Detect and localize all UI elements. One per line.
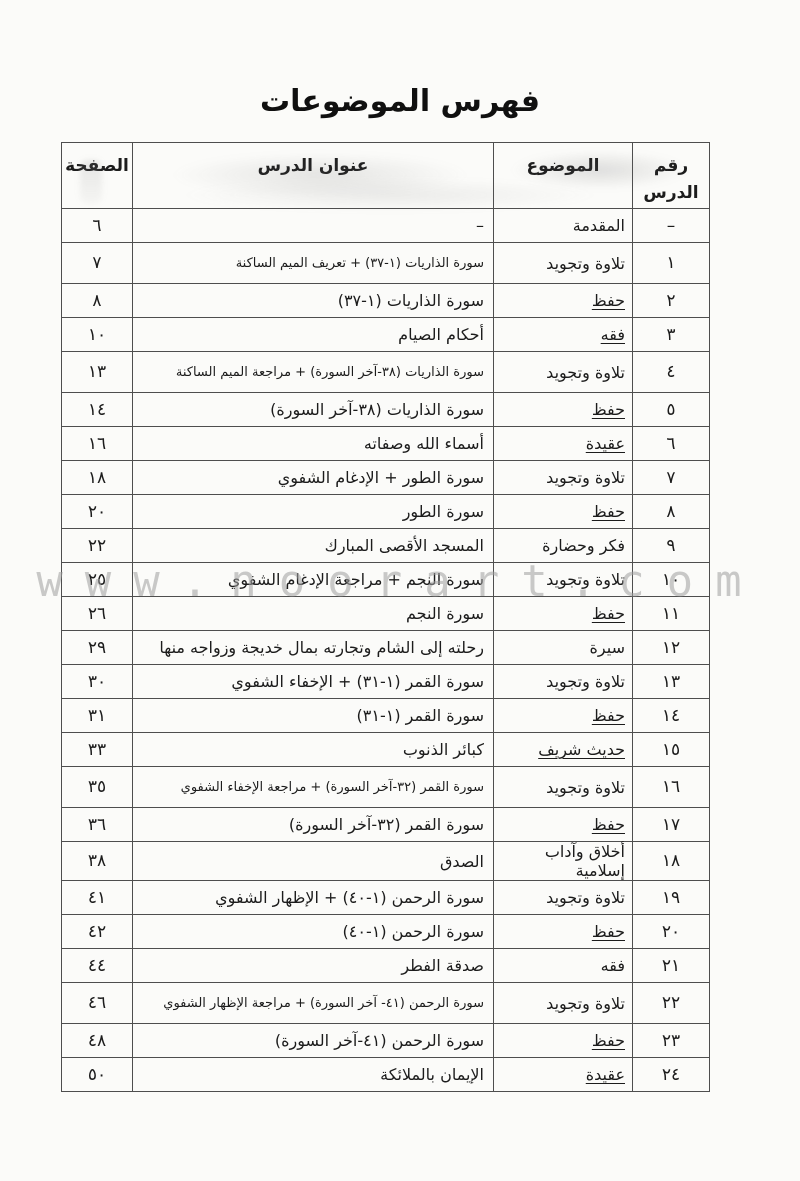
page-number-cell: ٣٦ [62, 808, 133, 842]
toc-table-body: –المقدمة–٦١تلاوة وتجويدسورة الذاريات (١-… [62, 209, 710, 1092]
table-row: ١٢سيرةرحلته إلى الشام وتجارته بمال خديجة… [62, 631, 710, 665]
page-number-cell: ٦ [62, 209, 133, 243]
toc-table-container: رقم الدرس الموضوع عنوان الدرس الصفحة –ال… [61, 142, 710, 1092]
table-row: ٢٣حفظسورة الرحمن (٤١-آخر السورة)٤٨ [62, 1024, 710, 1058]
topic-cell: حفظ [494, 284, 633, 318]
lesson-number-cell: ٣ [633, 318, 710, 352]
page-number-cell: ٨ [62, 284, 133, 318]
toc-table-header: رقم الدرس الموضوع عنوان الدرس الصفحة [62, 143, 710, 209]
header-topic: الموضوع [494, 143, 633, 209]
table-row: ١٣تلاوة وتجويدسورة القمر (١-٣١) + الإخفا… [62, 665, 710, 699]
page-number-cell: ١٦ [62, 427, 133, 461]
header-page: الصفحة [62, 143, 133, 209]
topic-cell: تلاوة وتجويد [494, 461, 633, 495]
topic-cell: المقدمة [494, 209, 633, 243]
topic-cell: سيرة [494, 631, 633, 665]
lesson-title-cell: سورة الطور [133, 495, 494, 529]
lesson-title-cell: سورة النجم [133, 597, 494, 631]
topic-cell: عقيدة [494, 427, 633, 461]
topic-label: تلاوة وتجويد [546, 570, 625, 589]
page-number-cell: ٤٨ [62, 1024, 133, 1058]
page-title: فهرس الموضوعات [0, 84, 800, 119]
lesson-title-cell: رحلته إلى الشام وتجارته بمال خديجة وزواج… [133, 631, 494, 665]
page-number-cell: ٧ [62, 243, 133, 284]
page-number-cell: ١٠ [62, 318, 133, 352]
topic-label: سيرة [590, 638, 625, 657]
topic-label: فقه [601, 956, 625, 975]
table-row: ١٠تلاوة وتجويدسورة النجم + مراجعة الإدغا… [62, 563, 710, 597]
topic-label: أخلاق وآداب إسلامية [545, 842, 625, 880]
table-row: ١٦تلاوة وتجويدسورة القمر (٣٢-آخر السورة)… [62, 767, 710, 808]
lesson-title-cell: الإيمان بالملائكة [133, 1058, 494, 1092]
page-number-cell: ٥٠ [62, 1058, 133, 1092]
topic-cell: تلاوة وتجويد [494, 352, 633, 393]
lesson-number-cell: ٧ [633, 461, 710, 495]
lesson-title-cell: أسماء الله وصفاته [133, 427, 494, 461]
topic-label: المقدمة [573, 216, 625, 235]
table-row: ١٧حفظسورة القمر (٣٢-آخر السورة)٣٦ [62, 808, 710, 842]
lesson-number-cell: ٢٣ [633, 1024, 710, 1058]
topic-label: حفظ [592, 291, 625, 310]
lesson-number-cell: ١٤ [633, 699, 710, 733]
topic-cell: حفظ [494, 1024, 633, 1058]
page-number-cell: ٢٠ [62, 495, 133, 529]
header-lesson-title: عنوان الدرس [133, 143, 494, 209]
lesson-number-cell: ٢١ [633, 949, 710, 983]
page-number-cell: ٢٢ [62, 529, 133, 563]
topic-cell: حفظ [494, 495, 633, 529]
topic-label: فقه [601, 325, 625, 344]
topic-label: حفظ [592, 1031, 625, 1050]
lesson-number-cell: ٨ [633, 495, 710, 529]
table-row: ٨حفظسورة الطور٢٠ [62, 495, 710, 529]
lesson-title-cell: سورة الذاريات (٣٨-آخر السورة) + مراجعة ا… [133, 352, 494, 393]
page-number-cell: ٤٢ [62, 915, 133, 949]
topic-label: حديث شريف [538, 740, 625, 759]
lesson-number-cell: ١٨ [633, 842, 710, 881]
topic-cell: تلاوة وتجويد [494, 665, 633, 699]
table-row: ١٥حديث شريفكبائر الذنوب٣٣ [62, 733, 710, 767]
page-number-cell: ٤١ [62, 881, 133, 915]
lesson-title-cell: سورة الذاريات (١-٣٧) [133, 284, 494, 318]
table-row: ٢١فقهصدقة الفطر٤٤ [62, 949, 710, 983]
topic-cell: فقه [494, 318, 633, 352]
topic-cell: عقيدة [494, 1058, 633, 1092]
topic-label: عقيدة [586, 434, 625, 453]
page-number-cell: ٣٨ [62, 842, 133, 881]
lesson-title-cell: أحكام الصيام [133, 318, 494, 352]
lesson-number-cell: ١٧ [633, 808, 710, 842]
page-number-cell: ١٤ [62, 393, 133, 427]
lesson-title-cell: كبائر الذنوب [133, 733, 494, 767]
topic-cell: حديث شريف [494, 733, 633, 767]
table-row: ١٩تلاوة وتجويدسورة الرحمن (١-٤٠) + الإظه… [62, 881, 710, 915]
lesson-number-cell: ٢٤ [633, 1058, 710, 1092]
page-number-cell: ٢٦ [62, 597, 133, 631]
topic-cell: تلاوة وتجويد [494, 243, 633, 284]
lesson-number-cell: ١٠ [633, 563, 710, 597]
scanned-toc-page: { "page": { "title": "فهرس الموضوعات", "… [0, 0, 800, 1181]
topic-cell: حفظ [494, 915, 633, 949]
lesson-title-cell: سورة القمر (١-٣١) [133, 699, 494, 733]
table-row: ٢حفظسورة الذاريات (١-٣٧)٨ [62, 284, 710, 318]
topic-label: حفظ [592, 502, 625, 521]
lesson-number-cell: ٥ [633, 393, 710, 427]
topic-cell: حفظ [494, 597, 633, 631]
topic-label: تلاوة وتجويد [546, 254, 625, 273]
table-row: ٧تلاوة وتجويدسورة الطور + الإدغام الشفوي… [62, 461, 710, 495]
table-row: ٤تلاوة وتجويدسورة الذاريات (٣٨-آخر السور… [62, 352, 710, 393]
topic-label: تلاوة وتجويد [546, 363, 625, 382]
page-number-cell: ٣٣ [62, 733, 133, 767]
topic-label: تلاوة وتجويد [546, 468, 625, 487]
topic-label: تلاوة وتجويد [546, 778, 625, 797]
table-row: ٦عقيدةأسماء الله وصفاته١٦ [62, 427, 710, 461]
lesson-title-cell: سورة الرحمن (١-٤٠) + الإظهار الشفوي [133, 881, 494, 915]
lesson-title-cell: – [133, 209, 494, 243]
topic-cell: تلاوة وتجويد [494, 881, 633, 915]
topic-cell: تلاوة وتجويد [494, 983, 633, 1024]
table-row: –المقدمة–٦ [62, 209, 710, 243]
lesson-number-cell: ٦ [633, 427, 710, 461]
topic-cell: تلاوة وتجويد [494, 767, 633, 808]
table-row: ١٨أخلاق وآداب إسلاميةالصدق٣٨ [62, 842, 710, 881]
topic-label: حفظ [592, 604, 625, 623]
lesson-number-cell: ١٦ [633, 767, 710, 808]
page-number-cell: ٢٩ [62, 631, 133, 665]
topic-cell: حفظ [494, 699, 633, 733]
lesson-title-cell: سورة النجم + مراجعة الإدغام الشفوي [133, 563, 494, 597]
topic-cell: أخلاق وآداب إسلامية [494, 842, 633, 881]
lesson-number-cell: ١ [633, 243, 710, 284]
lesson-title-cell: سورة القمر (٣٢-آخر السورة) [133, 808, 494, 842]
lesson-title-cell: سورة الذاريات (١-٣٧) + تعريف الميم الساك… [133, 243, 494, 284]
lesson-title-cell: سورة القمر (٣٢-آخر السورة) + مراجعة الإخ… [133, 767, 494, 808]
lesson-number-cell: ١٩ [633, 881, 710, 915]
topic-label: حفظ [592, 706, 625, 725]
page-number-cell: ٤٦ [62, 983, 133, 1024]
lesson-title-cell: سورة الذاريات (٣٨-آخر السورة) [133, 393, 494, 427]
lesson-number-cell: ٢٢ [633, 983, 710, 1024]
lesson-title-cell: سورة الرحمن (٤١- آخر السورة) + مراجعة ال… [133, 983, 494, 1024]
lesson-number-cell: ١٣ [633, 665, 710, 699]
lesson-title-cell: صدقة الفطر [133, 949, 494, 983]
topic-label: تلاوة وتجويد [546, 672, 625, 691]
lesson-number-cell: ١١ [633, 597, 710, 631]
table-row: ٩فكر وحضارةالمسجد الأقصى المبارك٢٢ [62, 529, 710, 563]
topic-label: تلاوة وتجويد [546, 888, 625, 907]
page-number-cell: ١٨ [62, 461, 133, 495]
lesson-title-cell: الصدق [133, 842, 494, 881]
page-number-cell: ٣١ [62, 699, 133, 733]
topic-label: حفظ [592, 815, 625, 834]
topic-label: حفظ [592, 922, 625, 941]
topic-cell: فكر وحضارة [494, 529, 633, 563]
table-row: ٢٠حفظسورة الرحمن (١-٤٠)٤٢ [62, 915, 710, 949]
lesson-number-cell: ٩ [633, 529, 710, 563]
lesson-title-cell: سورة الرحمن (١-٤٠) [133, 915, 494, 949]
topic-cell: حفظ [494, 393, 633, 427]
table-row: ٣فقهأحكام الصيام١٠ [62, 318, 710, 352]
topic-label: تلاوة وتجويد [546, 994, 625, 1013]
page-number-cell: ٣٥ [62, 767, 133, 808]
lesson-title-cell: سورة القمر (١-٣١) + الإخفاء الشفوي [133, 665, 494, 699]
topic-label: فكر وحضارة [542, 536, 625, 555]
table-row: ٢٢تلاوة وتجويدسورة الرحمن (٤١- آخر السور… [62, 983, 710, 1024]
lesson-title-cell: سورة الرحمن (٤١-آخر السورة) [133, 1024, 494, 1058]
topic-cell: حفظ [494, 808, 633, 842]
table-row: ١١حفظسورة النجم٢٦ [62, 597, 710, 631]
page-number-cell: ١٣ [62, 352, 133, 393]
lesson-number-cell: – [633, 209, 710, 243]
topic-label: عقيدة [586, 1065, 625, 1084]
page-number-cell: ٤٤ [62, 949, 133, 983]
table-row: ١٤حفظسورة القمر (١-٣١)٣١ [62, 699, 710, 733]
lesson-title-cell: المسجد الأقصى المبارك [133, 529, 494, 563]
topic-cell: تلاوة وتجويد [494, 563, 633, 597]
table-row: ١تلاوة وتجويدسورة الذاريات (١-٣٧) + تعري… [62, 243, 710, 284]
lesson-number-cell: ١٥ [633, 733, 710, 767]
lesson-number-cell: ٢ [633, 284, 710, 318]
page-number-cell: ٢٥ [62, 563, 133, 597]
topic-cell: فقه [494, 949, 633, 983]
table-row: ٥حفظسورة الذاريات (٣٨-آخر السورة)١٤ [62, 393, 710, 427]
header-lesson-number: رقم الدرس [633, 143, 710, 209]
table-row: ٢٤عقيدةالإيمان بالملائكة٥٠ [62, 1058, 710, 1092]
lesson-number-cell: ٢٠ [633, 915, 710, 949]
page-number-cell: ٣٠ [62, 665, 133, 699]
lesson-number-cell: ٤ [633, 352, 710, 393]
topic-label: حفظ [592, 400, 625, 419]
lesson-title-cell: سورة الطور + الإدغام الشفوي [133, 461, 494, 495]
lesson-number-cell: ١٢ [633, 631, 710, 665]
toc-table: رقم الدرس الموضوع عنوان الدرس الصفحة –ال… [61, 142, 710, 1092]
